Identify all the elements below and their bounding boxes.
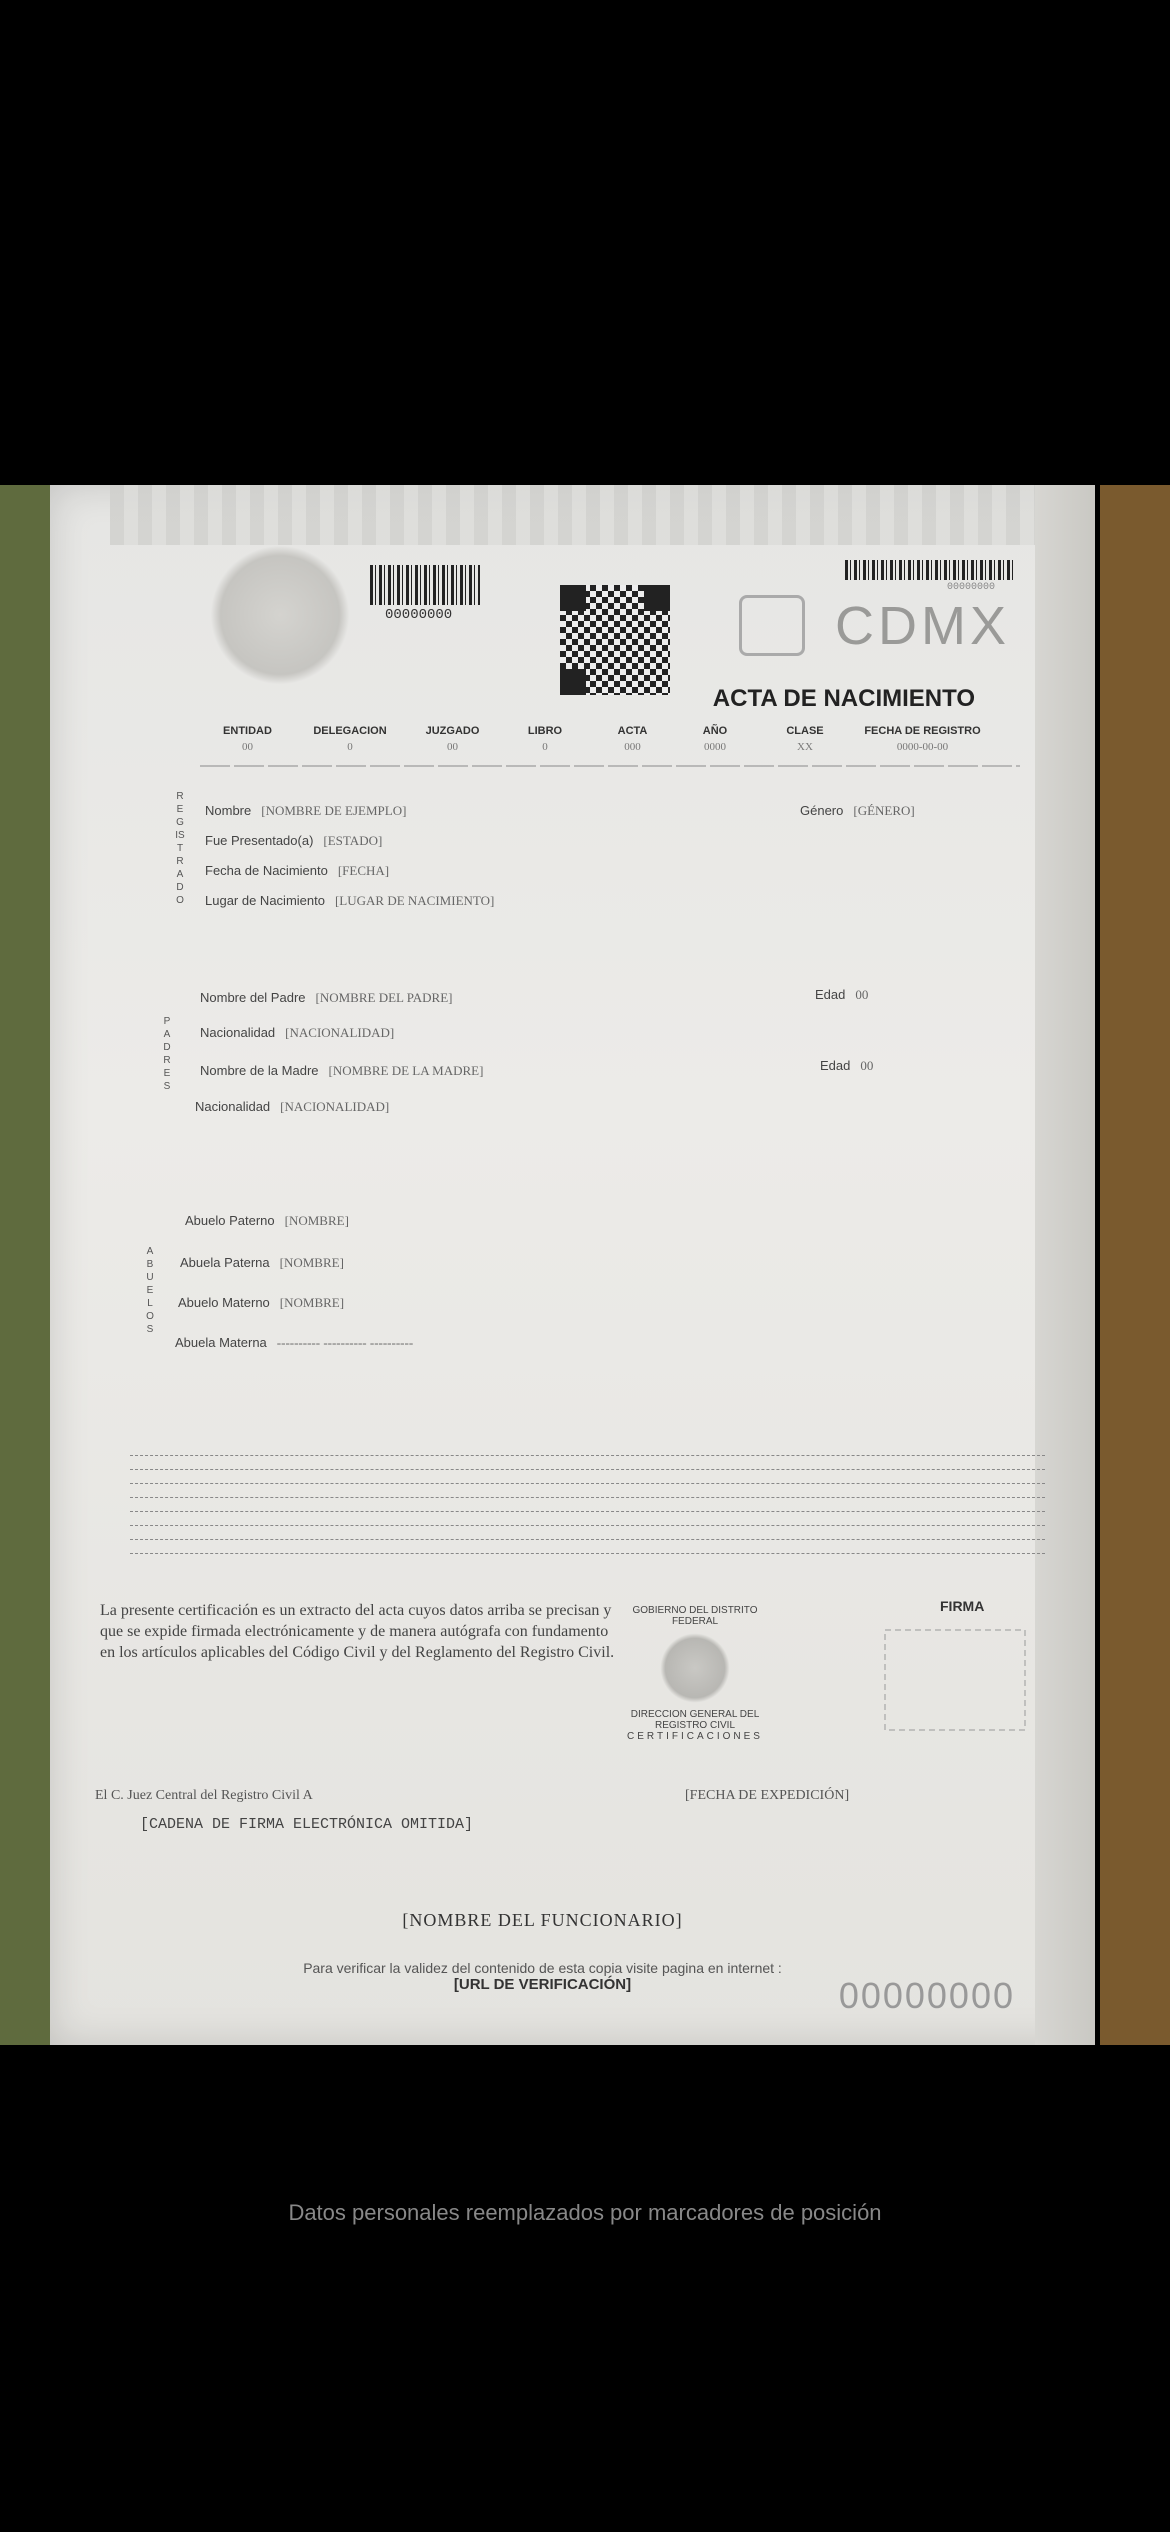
registry-label: ENTIDAD xyxy=(200,725,295,737)
registry-label: AÑO xyxy=(675,725,755,737)
registry-value: 000 xyxy=(590,741,675,753)
field-value: [NOMBRE] xyxy=(280,1255,344,1270)
registry-label: CLASE xyxy=(755,725,855,737)
registry-value: 00 xyxy=(405,741,500,753)
qr-code-icon xyxy=(560,585,670,695)
field-madre-edad: Edad00 xyxy=(820,1058,873,1074)
section-label-abuelos: ABUELOS xyxy=(145,1245,155,1336)
field-label: Lugar de Nacimiento xyxy=(205,893,325,908)
security-pattern-band xyxy=(110,485,1035,545)
field-value: [NOMBRE] xyxy=(285,1213,349,1228)
microtext-line xyxy=(200,765,1020,767)
registry-label: DELEGACION xyxy=(295,725,405,737)
signature-label: FIRMA xyxy=(940,1598,984,1614)
page-edge xyxy=(1035,485,1095,2045)
registry-value: 0 xyxy=(295,741,405,753)
registry-column: CLASE XX xyxy=(755,725,855,753)
registry-column: AÑO 0000 xyxy=(675,725,755,753)
field-genero: Género[GÉNERO] xyxy=(800,803,915,819)
field-value: [NACIONALIDAD] xyxy=(280,1099,389,1114)
registry-label: JUZGADO xyxy=(405,725,500,737)
barcode-icon xyxy=(370,565,480,605)
field-padre-edad: Edad00 xyxy=(815,987,868,1003)
registry-label: ACTA xyxy=(590,725,675,737)
issue-date: [FECHA DE EXPEDICIÓN] xyxy=(685,1788,849,1804)
field-nombre: Nombre[NOMBRE DE EJEMPLO] xyxy=(205,803,406,819)
field-label: Nombre del Padre xyxy=(200,990,306,1005)
dotted-line xyxy=(130,1455,1045,1456)
field-padre: Nombre del Padre[NOMBRE DEL PADRE] xyxy=(200,990,453,1006)
verification-text: Para verificar la validez del contenido … xyxy=(50,1960,1035,1976)
cdmx-emblem-icon xyxy=(739,595,805,656)
registry-value: 0000-00-00 xyxy=(855,741,990,753)
dotted-line xyxy=(130,1483,1045,1484)
dotted-line xyxy=(130,1539,1045,1540)
field-value: 00 xyxy=(860,1058,873,1073)
serial-barcode-number: 00000000 xyxy=(947,582,995,593)
gov-label-sub: CERTIFICACIONES xyxy=(620,1731,770,1742)
gov-label-top: GOBIERNO DEL DISTRITO FEDERAL xyxy=(620,1605,770,1627)
field-label: Fecha de Nacimiento xyxy=(205,863,328,878)
field-lugar-nacimiento: Lugar de Nacimiento[LUGAR DE NACIMIENTO] xyxy=(205,893,494,909)
signature-placeholder-icon xyxy=(880,1625,1030,1735)
field-value: 00 xyxy=(855,987,868,1002)
field-label: Nacionalidad xyxy=(200,1025,275,1040)
redaction-note: Datos personales reemplazados por marcad… xyxy=(0,2200,1170,2226)
section-label-padres: PADRES xyxy=(162,1015,172,1093)
registry-column: LIBRO 0 xyxy=(500,725,590,753)
registry-label: FECHA DE REGISTRO xyxy=(855,725,990,737)
field-label: Nacionalidad xyxy=(195,1099,270,1114)
field-padre-nacionalidad: Nacionalidad[NACIONALIDAD] xyxy=(200,1025,394,1041)
field-label: Género xyxy=(800,803,843,818)
field-label: Abuela Paterna xyxy=(180,1255,270,1270)
registry-column: ENTIDAD 00 xyxy=(200,725,295,753)
registry-value: XX xyxy=(755,741,855,753)
barcode-number: 00000000 xyxy=(385,607,452,623)
section-label-registrado: REGISTRADO xyxy=(175,790,185,907)
field-label: Edad xyxy=(815,987,845,1002)
document-title: ACTA DE NACIMIENTO xyxy=(713,685,975,713)
grandparent-field: Abuelo Materno[NOMBRE] xyxy=(178,1295,344,1311)
dotted-line xyxy=(130,1525,1045,1526)
field-label: Nombre de la Madre xyxy=(200,1063,319,1078)
gov-label-bottom: DIRECCION GENERAL DEL REGISTRO CIVIL xyxy=(620,1709,770,1731)
field-label: Abuelo Materno xyxy=(178,1295,270,1310)
field-value: [NOMBRE] xyxy=(280,1295,344,1310)
field-label: Fue Presentado(a) xyxy=(205,833,313,848)
registry-column: ACTA 000 xyxy=(590,725,675,753)
registry-data-row: ENTIDAD 00DELEGACION 0JUZGADO 00LIBRO 0A… xyxy=(200,725,1020,753)
dotted-line xyxy=(130,1511,1045,1512)
issuing-official-line: El C. Juez Central del Registro Civil A … xyxy=(95,1788,1015,1804)
field-label: Abuelo Paterno xyxy=(185,1213,275,1228)
field-value: [NACIONALIDAD] xyxy=(285,1025,394,1040)
field-label: Abuela Materna xyxy=(175,1335,267,1350)
registry-column: JUZGADO 00 xyxy=(405,725,500,753)
electronic-signature-string: [CADENA DE FIRMA ELECTRÓNICA OMITIDA] xyxy=(140,1815,1020,1834)
field-madre: Nombre de la Madre[NOMBRE DE LA MADRE] xyxy=(200,1063,483,1079)
grandparent-field: Abuela Materna---------- ---------- ----… xyxy=(175,1335,413,1351)
field-value: [NOMBRE DEL PADRE] xyxy=(316,990,453,1005)
dotted-line xyxy=(130,1497,1045,1498)
serial-barcode-icon xyxy=(845,560,1015,580)
field-value: [FECHA] xyxy=(338,863,389,878)
issuing-official-text: El C. Juez Central del Registro Civil A xyxy=(95,1788,313,1803)
registry-value: 00 xyxy=(200,741,295,753)
official-name: [NOMBRE DEL FUNCIONARIO] xyxy=(50,1910,1035,1931)
national-seal-icon xyxy=(210,545,350,685)
field-fecha-nacimiento: Fecha de Nacimiento[FECHA] xyxy=(205,863,389,879)
field-value: [LUGAR DE NACIMIENTO] xyxy=(335,893,494,908)
registry-value: 0 xyxy=(500,741,590,753)
dotted-line xyxy=(130,1553,1045,1554)
dotted-line xyxy=(130,1469,1045,1470)
registry-label: LIBRO xyxy=(500,725,590,737)
background-surface-right xyxy=(1100,485,1170,2045)
grandparent-field: Abuela Paterna[NOMBRE] xyxy=(180,1255,344,1271)
field-value: [NOMBRE DE LA MADRE] xyxy=(329,1063,484,1078)
field-value: [ESTADO] xyxy=(323,833,382,848)
field-value: ---------- ---------- ---------- xyxy=(277,1335,413,1350)
document-page: 00000000 00000000 CDMX ACTA DE NACIMIENT… xyxy=(50,485,1095,2045)
field-value: [GÉNERO] xyxy=(853,803,914,818)
field-presentado: Fue Presentado(a)[ESTADO] xyxy=(205,833,382,849)
government-seal-block: GOBIERNO DEL DISTRITO FEDERAL DIRECCION … xyxy=(620,1605,770,1742)
document-serial-number: 00000000 xyxy=(839,1975,1015,2017)
registry-value: 0000 xyxy=(675,741,755,753)
grandparent-field: Abuelo Paterno[NOMBRE] xyxy=(185,1213,349,1229)
certification-text: La presente certificación es un extracto… xyxy=(100,1600,620,1663)
field-label: Edad xyxy=(820,1058,850,1073)
registry-column: FECHA DE REGISTRO 0000-00-00 xyxy=(855,725,990,753)
field-label: Nombre xyxy=(205,803,251,818)
registry-column: DELEGACION 0 xyxy=(295,725,405,753)
field-madre-nacionalidad: Nacionalidad[NACIONALIDAD] xyxy=(195,1099,389,1115)
field-value: [NOMBRE DE EJEMPLO] xyxy=(261,803,406,818)
cdmx-logo: CDMX xyxy=(835,595,1010,657)
gov-seal-icon xyxy=(660,1633,730,1703)
